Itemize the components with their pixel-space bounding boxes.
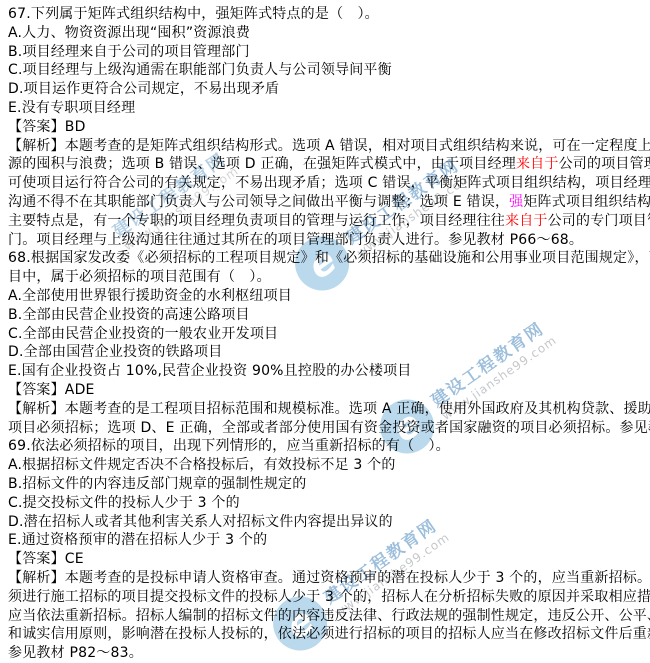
q68-analysis-line-2: 项目必须招标；选项 D、E 正确，全部或者部分使用国有资金投资或者国家融资的项目…	[8, 419, 642, 438]
q67-analysis-line-1: 【解析】本题考查的是矩阵式组织结构形式。选项 A 错误，相对项目式组织结构来说，…	[8, 137, 642, 156]
q69-analysis-line-1: 【解析】本题考查的是投标申请人资格审查。通过资格预审的潜在投标人少于 3 个的，…	[8, 569, 642, 588]
q68-stem-line-1: 68.根据国家发改委《必须招标的工程项目规定》和《必须招标的基础设施和公用事业项…	[8, 249, 642, 268]
q67-option-b: B.项目经理来自于公司的项目管理部门	[8, 43, 642, 62]
q67-option-a: A.人力、物资资源出现“囤积”资源浪费	[8, 24, 642, 43]
document-body: 67.下列属于矩阵式组织结构中，强矩阵式特点的是（ ）。A.人力、物资资源出现“…	[0, 0, 650, 663]
q67-option-e: E.没有专职项目经理	[8, 99, 642, 118]
q69-analysis-line-3: 应当依法重新招标。招标人编制的招标文件的内容违反法律、行政法规的强制性规定，违反…	[8, 607, 642, 626]
q69-analysis-line-5: 参见教材 P82～83。	[8, 644, 642, 663]
q68-option-c: C.全部由民营企业投资的一般农业开发项目	[8, 325, 642, 344]
q69-option-e: E.通过资格预审的潜在招标人少于 3 个的	[8, 531, 642, 550]
q68-option-b: B.全部由民营企业投资的高速公路项目	[8, 306, 642, 325]
q68-stem-line-2: 目中，属于必须招标的项目范围有（ ）。	[8, 268, 642, 287]
q67-stem: 67.下列属于矩阵式组织结构中，强矩阵式特点的是（ ）。	[8, 5, 642, 24]
q69-option-d: D.潜在招标人或者其他利害关系人对招标文件内容提出异议的	[8, 513, 642, 532]
q69-option-a: A.根据招标文件规定否决不合格投标后，有效投标不足 3 个的	[8, 456, 642, 475]
q68-option-a: A.全部使用世界银行援助资金的水利枢纽项目	[8, 287, 642, 306]
q67-analysis-line-6: 门。项目经理与上级沟通往往通过其所在的项目管理部门负责人进行。参见教材 P66～…	[8, 231, 642, 250]
q68-answer: 【答案】ADE	[8, 381, 642, 400]
q67-option-c: C.项目经理与上级沟通需在职能部门负责人与公司领导间平衡	[8, 61, 642, 80]
q68-analysis-line-1: 【解析】本题考查的是工程项目招标范围和规模标准。选项 A 正确，使用外国政府及其…	[8, 400, 642, 419]
q69-analysis-line-4: 和诚实信用原则，影响潜在投标人投标的，依法必须进行招标的项目的招标人应当在修改招…	[8, 625, 642, 644]
q67-analysis-line-3: 可使项目运行符合公司的有关规定，不易出现矛盾；选项 C 错误，平衡矩阵式项目组织…	[8, 174, 642, 193]
q69-answer: 【答案】CE	[8, 550, 642, 569]
q67-analysis-line-2: 源的囤积与浪费；选项 B 错误、选项 D 正确，在强矩阵式模式中，由于项目经理来…	[8, 155, 642, 174]
q69-option-b: B.招标文件的内容违反部门规章的强制性规定的	[8, 475, 642, 494]
q67-answer: 【答案】BD	[8, 118, 642, 137]
q69-option-c: C.提交投标文件的投标人少于 3 个的	[8, 494, 642, 513]
q68-option-d: D.全部由国营企业投资的铁路项目	[8, 343, 642, 362]
q69-stem: 69.依法必须招标的项目，出现下列情形的，应当重新招标的有（ ）。	[8, 437, 642, 456]
q67-analysis-line-5: 主要特点是，有一个专职的项目经理负责项目的管理与运行工作，项目经理往往来自于公司…	[8, 212, 642, 231]
q68-option-e: E.国有企业投资占 10%,民营企业投资 90%且控股的办公楼项目	[8, 362, 642, 381]
q69-analysis-line-2: 须进行施工招标的项目提交投标文件的投标人少于 3 个的，招标人在分析招标失败的原…	[8, 588, 642, 607]
q67-option-d: D.项目运作更符合公司规定，不易出现矛盾	[8, 80, 642, 99]
q67-analysis-line-4: 沟通不得不在其职能部门负责人与公司领导之间做出平衡与调整；选项 E 错误，强矩阵…	[8, 193, 642, 212]
